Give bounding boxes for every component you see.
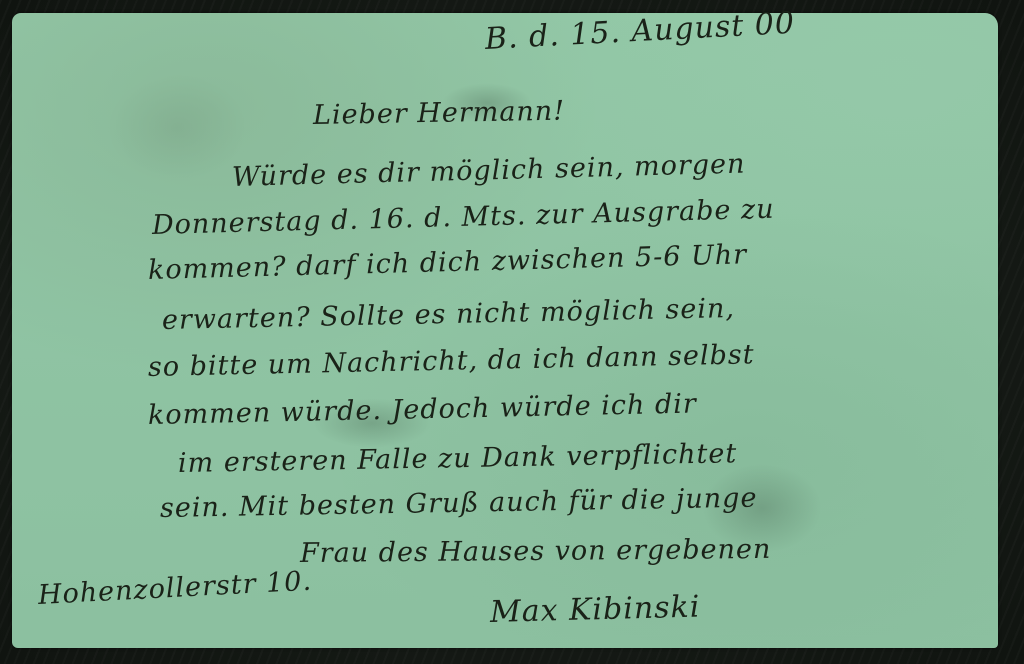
faded-postmark: [107, 73, 247, 183]
signature: Max Kibinski: [490, 589, 701, 629]
body-line-9: Frau des Hauses von ergebenen: [300, 534, 772, 569]
greeting: Lieber Hermann!: [313, 96, 566, 131]
